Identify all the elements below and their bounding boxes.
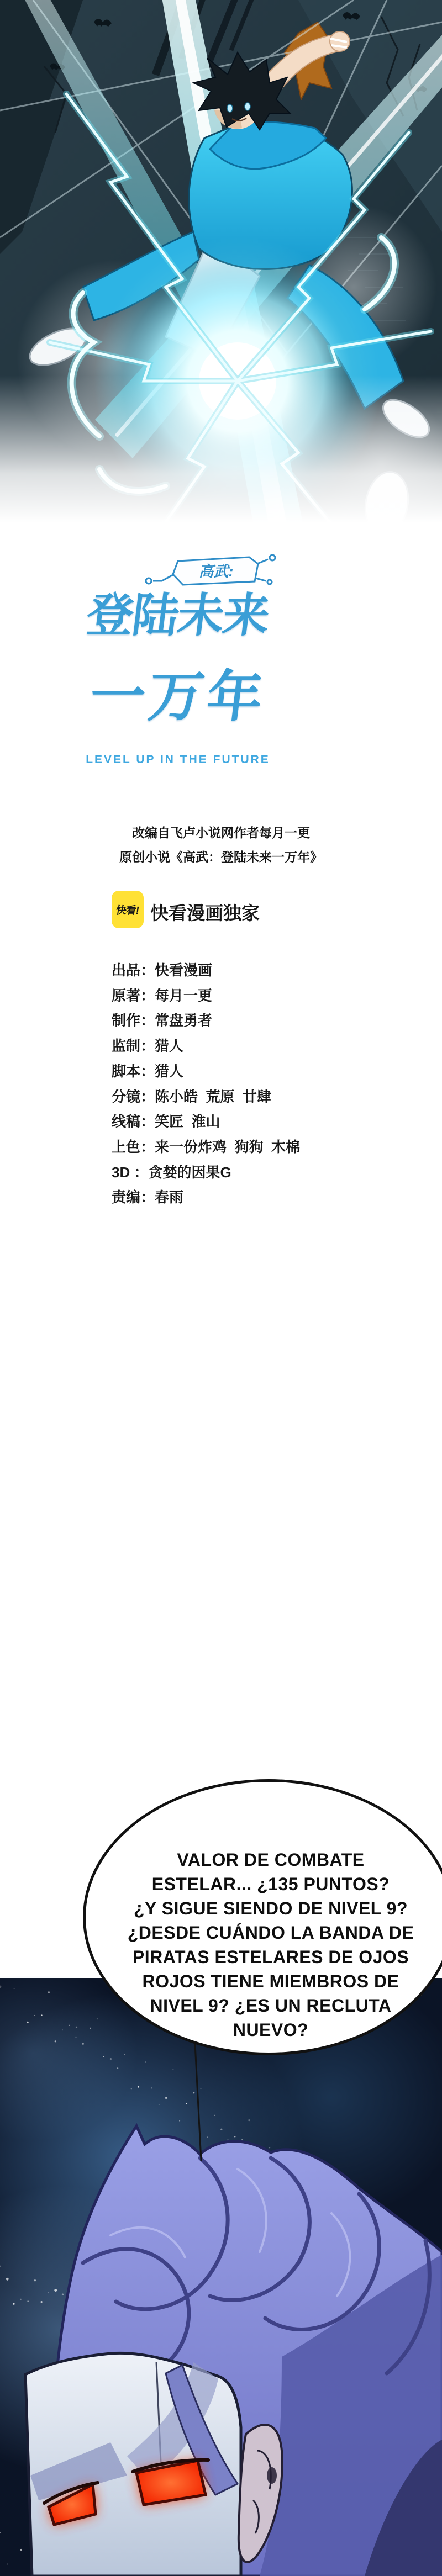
kuaikan-logo-text: 快看! (115, 902, 140, 917)
credits-list: 出品：快看漫画 原著：每月一更 制作：常盘勇者 监制：猎人 脚本：猎人 分镜：陈… (112, 958, 300, 1210)
badge-text: 高武: (199, 563, 234, 580)
credit-row-lineart: 线稿：笑匠 淮山 (112, 1109, 300, 1135)
credit-row-supervisor: 监制：猎人 (112, 1034, 300, 1059)
speech-line: NUEVO? (113, 2018, 428, 2042)
credit-row-producer: 出品：快看漫画 (112, 958, 300, 983)
hero-eye-right (245, 103, 250, 110)
ear-canal (267, 2467, 277, 2484)
kuaikan-exclusive-label: 快看漫画独家 (150, 899, 260, 925)
credit-row-original-author: 原著：每月一更 (112, 983, 300, 1009)
series-title-line1: 登陆未来 (0, 592, 359, 638)
credit-row-production: 制作：常盘勇者 (112, 1008, 300, 1034)
kuaikan-logo: 快看! (112, 891, 144, 928)
series-badge: 高武: (141, 552, 285, 588)
credit-row-coloring: 上色：来一份炸鸡 狗狗 木棉 (112, 1135, 300, 1160)
hero-illustration (0, 0, 442, 555)
speech-line: ROJOS TIENE MIEMBROS DE (113, 1969, 428, 1993)
credit-row-3d: 3D ：贪婪的因果G (112, 1160, 300, 1186)
credit-row-storyboard: 分镜：陈小皓 荒原 廿肆 (112, 1085, 300, 1110)
speech-line: NIVEL 9? ¿ES UN RECLUTA (113, 1993, 428, 2018)
adaptation-note: 改编自飞卢小说网作者每月一更 (37, 821, 405, 845)
speech-line: VALOR DE COMBATE (113, 1848, 428, 1872)
webtoon-page: 高武: 登陆未来 一万年 LEVEL UP IN THE FUTURE 改编自飞… (0, 0, 442, 2576)
series-title-line2: 一万年 (0, 669, 359, 724)
original-novel-note: 原创小说《高武：登陆未来一万年》 (37, 845, 405, 869)
speech-line: ¿Y SIGUE SIENDO DE NIVEL 9? (113, 1896, 428, 1921)
speech-line: ¿DESDE CUÁNDO LA BANDA DE (113, 1921, 428, 1945)
speech-text: VALOR DE COMBATE ESTELAR... ¿135 PUNTOS?… (113, 1848, 428, 2042)
speech-line: ESTELAR... ¿135 PUNTOS? (113, 1872, 428, 1896)
credit-row-editor: 责编：春雨 (112, 1185, 300, 1210)
speech-line: PIRATAS ESTELARES DE OJOS (113, 1945, 428, 1969)
hero-eye-left (227, 104, 233, 112)
credit-row-script: 脚本：猎人 (112, 1059, 300, 1085)
space-panel (0, 1976, 442, 2576)
series-subtitle-en: LEVEL UP IN THE FUTURE (0, 753, 356, 766)
